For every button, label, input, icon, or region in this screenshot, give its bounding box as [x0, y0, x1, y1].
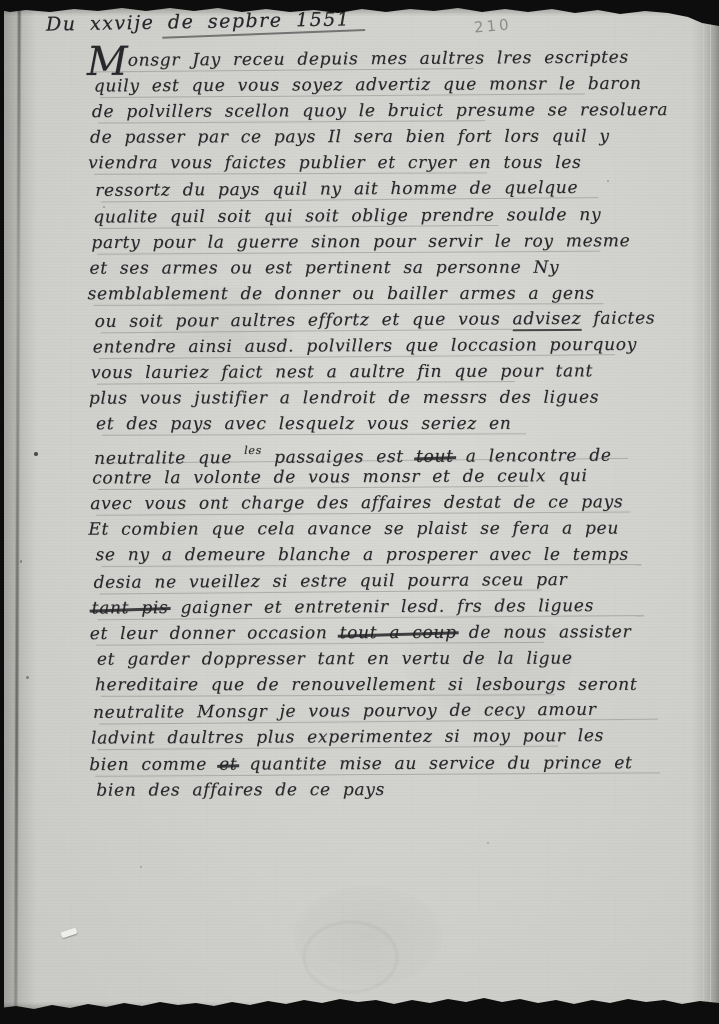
- manuscript-line: hereditaire que de renouvellement si les…: [95, 672, 709, 699]
- manuscript-word-strike: tant pis: [92, 598, 169, 618]
- manuscript-word: et ses armes ou est pertinent sa personn…: [89, 257, 559, 278]
- manuscript-word: ladvint daultres plus experimentez si mo…: [91, 726, 604, 749]
- manuscript-line: tant pis gaigner et entretenir lesd. frs…: [92, 592, 706, 621]
- folio-number: 210: [473, 15, 512, 36]
- manuscript-line: viendra vous faictes publier et cryer en…: [88, 150, 702, 177]
- manuscript-word: ou soit pour aultres effortz et que vous: [95, 309, 513, 332]
- date-heading: Du xxvije de sepbre 1551: [46, 8, 351, 35]
- manuscript-line: se ny a demeure blanche a prosperer avec…: [95, 542, 709, 569]
- manuscript-line: neutralite que les passaiges est tout a …: [94, 435, 708, 465]
- manuscript-line: ressortz du pays quil ny ait homme de qu…: [95, 175, 709, 205]
- manuscript-word: bien des affaires de ce pays: [96, 780, 385, 801]
- manuscript-word: neutralite Monsgr je vous pourvoy de cec…: [93, 700, 597, 723]
- manuscript-word: et garder doppresser tant en vertu de la…: [97, 649, 573, 670]
- manuscript-word: avec vous ont charge des affaires destat…: [90, 492, 623, 514]
- ink-speck: [20, 560, 22, 563]
- manuscript-word: Et combien que cela avance se plaist se …: [88, 518, 619, 539]
- manuscript-scan: Du xxvije de sepbre 1551 210 Monsgr Jay …: [0, 0, 719, 1024]
- manuscript-line: de polvillers scellon quoy le bruict pre…: [92, 97, 706, 125]
- manuscript-line: bien comme et quantite mise au service d…: [89, 749, 703, 777]
- paper-watermark: [303, 921, 398, 993]
- manuscript-word: contre la volonte de vous monsr et de ce…: [92, 466, 588, 488]
- manuscript-line: quily est que vous soyez advertiz que mo…: [94, 71, 708, 100]
- manuscript-line: Et combien que cela avance se plaist se …: [88, 515, 702, 542]
- manuscript-word: bien comme: [89, 754, 219, 774]
- manuscript-word: de passer par ce pays Il sera bien fort …: [90, 127, 610, 148]
- manuscript-word: plus vous justifier a lendroit de messrs…: [89, 388, 599, 409]
- ink-speck: [26, 676, 29, 679]
- manuscript-line: entendre ainsi ausd. polvillers que locc…: [93, 332, 707, 361]
- manuscript-line: qualite quil soit qui soit oblige prendr…: [93, 201, 707, 230]
- manuscript-word-strike: tout a coup: [340, 623, 457, 643]
- manuscript-line: Monsgr Jay receu depuis mes aultres lres…: [87, 44, 701, 74]
- manuscript-line: ladvint daultres plus experimentez si mo…: [91, 723, 705, 752]
- manuscript-line: desia ne vueillez si estre quil pourra s…: [93, 566, 707, 596]
- manuscript-line: avec vous ont charge des affaires destat…: [90, 489, 704, 517]
- manuscript-word: viendra vous faictes publier et cryer en…: [88, 153, 581, 173]
- manuscript-line: neutralite Monsgr je vous pourvoy de cec…: [93, 696, 707, 726]
- manuscript-line: plus vous justifier a lendroit de messrs…: [89, 385, 703, 412]
- manuscript-word: quily est que vous soyez advertiz que mo…: [94, 74, 642, 97]
- ink-speck: [140, 866, 142, 868]
- manuscript-word: onsgr Jay receu depuis mes aultres lres …: [128, 48, 629, 71]
- manuscript-line: contre la volonte de vous monsr et de ce…: [92, 462, 706, 491]
- manuscript-word: gaigner et entretenir lesd. frs des ligu…: [168, 596, 594, 618]
- torn-edge-left: [0, 0, 4, 1024]
- ink-speck: [34, 452, 38, 456]
- manuscript-line: et ses armes ou est pertinent sa personn…: [89, 254, 703, 281]
- manuscript-word: party pour la guerre sinon pour servir l…: [91, 231, 630, 253]
- manuscript-line: de passer par ce pays Il sera bien fort …: [90, 124, 704, 151]
- manuscript-line: et leur donner occasion tout a coup de n…: [90, 619, 704, 647]
- manuscript-word: desia ne vueillez si estre quil pourra s…: [93, 570, 567, 593]
- ink-speck: [487, 842, 489, 844]
- manuscript-word: quantite mise au service du prince et: [237, 753, 632, 774]
- manuscript-word: qualite quil soit qui soit oblige prendr…: [93, 205, 601, 227]
- manuscript-word: faictes: [581, 308, 655, 328]
- manuscript-word: et des pays avec lesquelz vous seriez en: [96, 414, 511, 434]
- manuscript-word: entendre ainsi ausd. polvillers que locc…: [93, 335, 637, 358]
- manuscript-word: semblablement de donner ou bailler armes…: [88, 284, 595, 304]
- manuscript-word: de polvillers scellon quoy le bruict pre…: [92, 100, 668, 122]
- manuscript-line: et des pays avec lesquelz vous seriez en: [96, 411, 710, 438]
- manuscript-word: hereditaire que de renouvellement si les…: [95, 675, 637, 695]
- manuscript-word-sup: les: [244, 444, 262, 457]
- manuscript-line: bien des affaires de ce pays: [96, 776, 710, 803]
- manuscript-line: et garder doppresser tant en vertu de la…: [97, 645, 711, 672]
- manuscript-word: ressortz du pays quil ny ait homme de qu…: [95, 178, 578, 201]
- manuscript-word: vous lauriez faict nest a aultre fin que…: [91, 361, 593, 383]
- manuscript-line: party pour la guerre sinon pour servir l…: [91, 228, 705, 256]
- manuscript-word: se ny a demeure blanche a prosperer avec…: [95, 545, 628, 565]
- manuscript-word: de nous assister: [457, 622, 632, 643]
- manuscript-word-strike: et: [219, 754, 237, 774]
- manuscript-line: vous lauriez faict nest a aultre fin que…: [91, 358, 705, 386]
- manuscript-text: Monsgr Jay receu depuis mes aultres lres…: [91, 45, 708, 804]
- paper-curl: [60, 928, 77, 939]
- manuscript-word-underline: advisez: [512, 309, 581, 331]
- manuscript-line: semblablement de donner ou bailler armes…: [88, 281, 702, 308]
- manuscript-line: ou soit pour aultres effortz et que vous…: [95, 305, 709, 335]
- manuscript-word: et leur donner occasion: [90, 623, 340, 644]
